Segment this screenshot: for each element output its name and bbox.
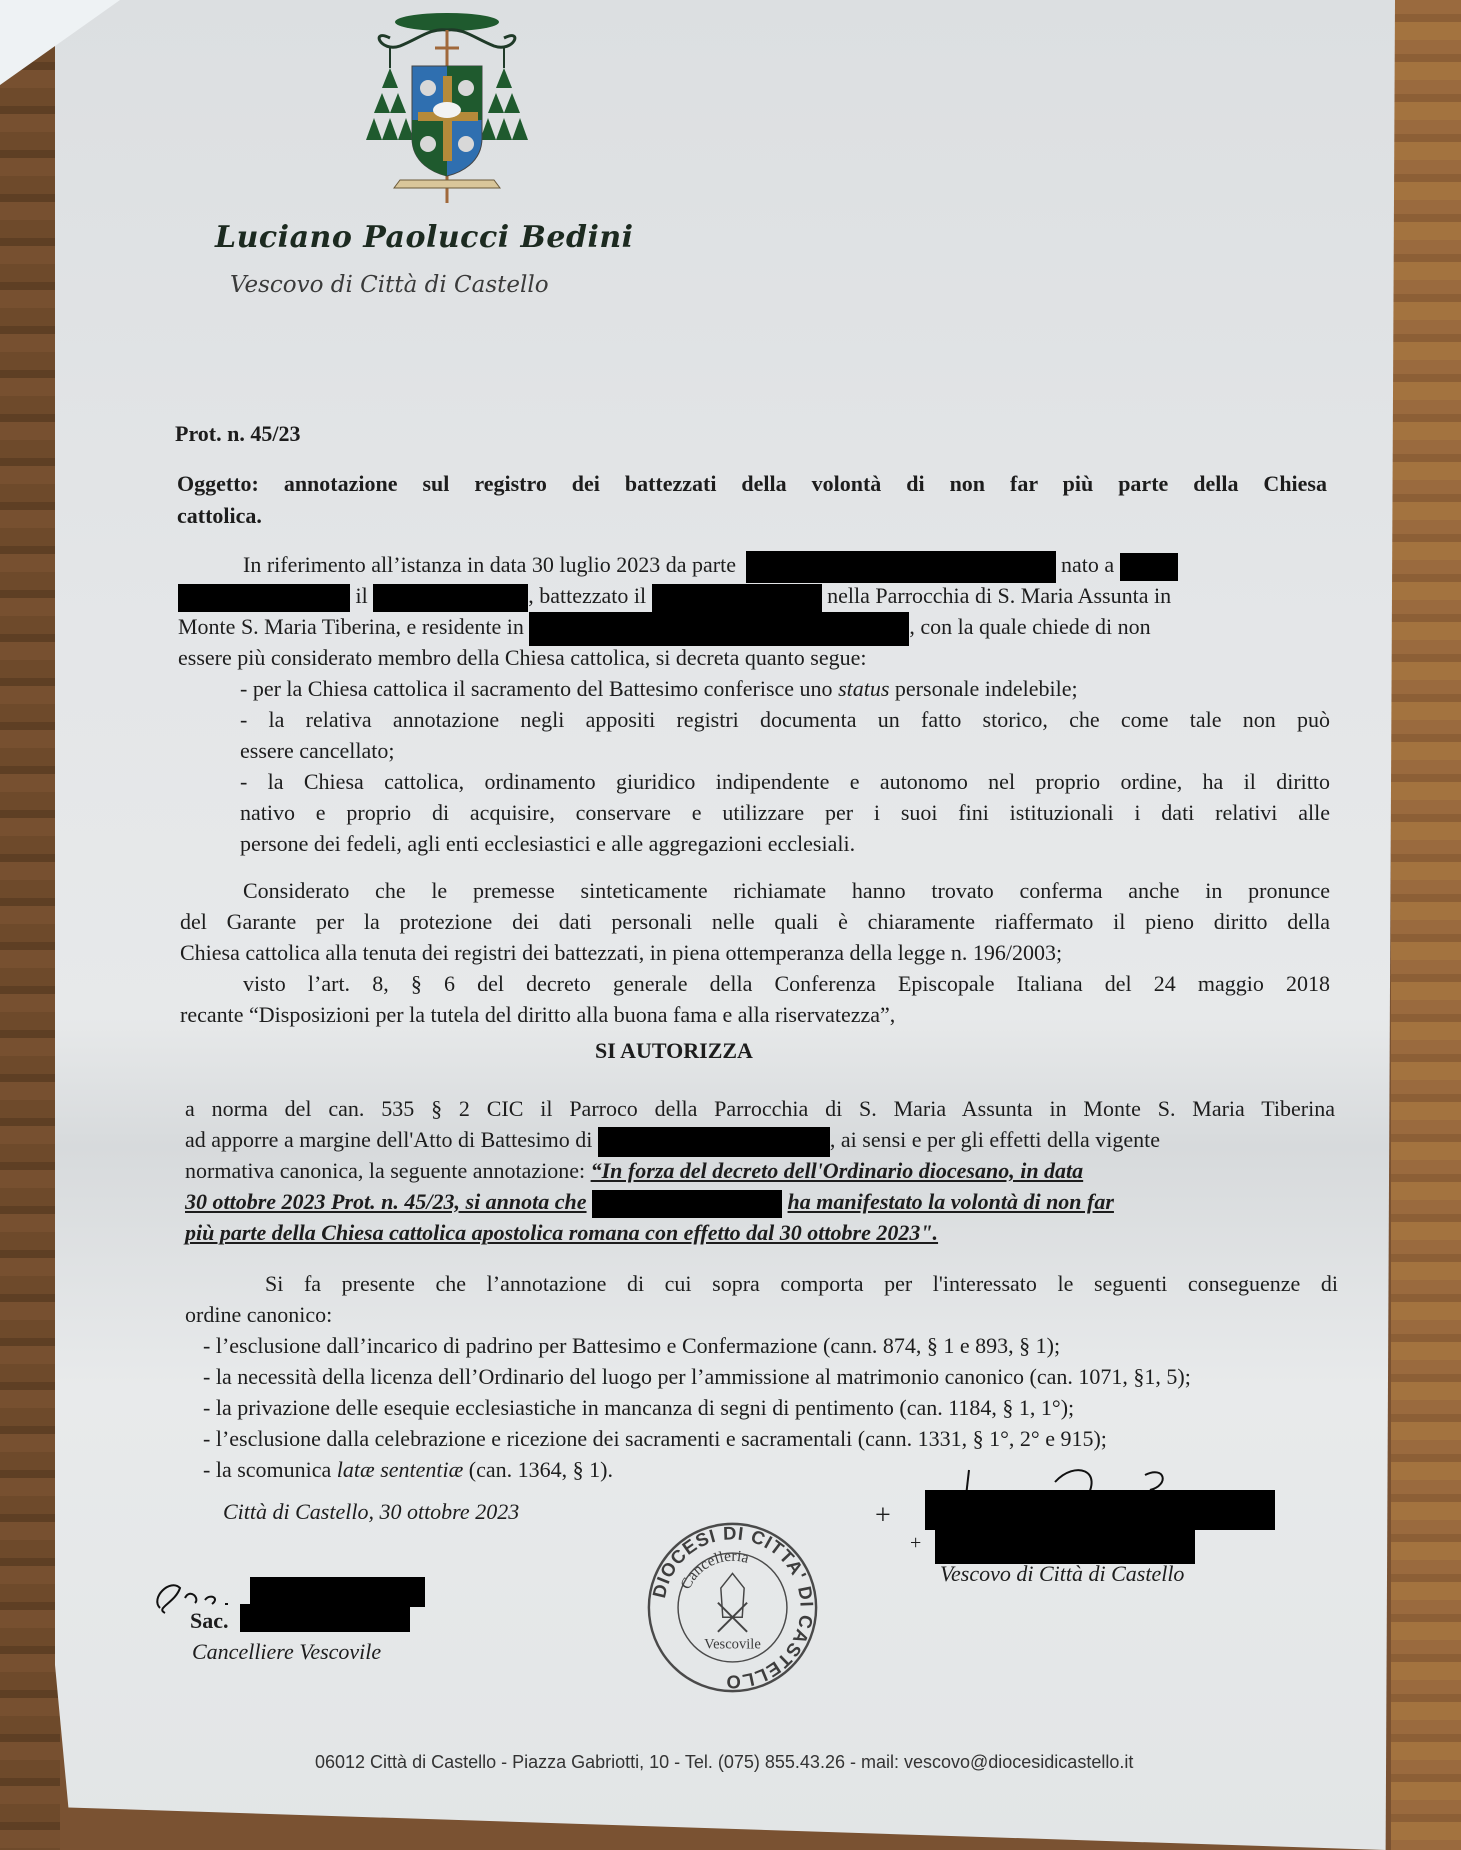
- annotation-quote: ha manifestato la volontà di non far: [788, 1189, 1114, 1214]
- letter-page: Luciano Paolucci Bedini Vescovo di Città…: [55, 0, 1395, 1850]
- intro-line-3: Monte S. Maria Tiberina, e residente in …: [178, 611, 1151, 646]
- intro-text: nella Parrocchia di S. Maria Assunta in: [827, 583, 1171, 608]
- letterhead-footer-address: 06012 Città di Castello - Piazza Gabriot…: [315, 1752, 1133, 1773]
- redacted-chancellor-signature: [250, 1577, 425, 1607]
- redacted-applicant-name: [746, 551, 1056, 583]
- consequence-text: (can. 1364, § 1).: [469, 1457, 613, 1482]
- intro-line-1: In riferimento all’istanza in data 30 lu…: [243, 549, 1178, 583]
- annotation-quote: 30 ottobre 2023 Prot. n. 45/23, si annot…: [185, 1189, 587, 1214]
- intro-text: il: [356, 583, 368, 608]
- redacted-residence: [529, 612, 909, 646]
- decree-point-3-line-2: nativo e proprio di acquisire, conservar…: [240, 797, 1330, 828]
- decree-text-italic: status: [838, 676, 889, 701]
- intro-line-2: il , battezzato il nella Parrocchia di S…: [178, 580, 1171, 612]
- wooden-table-left: [0, 0, 60, 1850]
- visto-line-2: recante “Disposizioni per la tutela del …: [180, 999, 895, 1030]
- redacted-annotated-name: [592, 1190, 782, 1218]
- authorization-text: ad apporre a margine dell'Atto di Battes…: [185, 1127, 592, 1152]
- decree-text: - per la Chiesa cattolica il sacramento …: [240, 676, 833, 701]
- decree-point-3-line-3: persone dei fedeli, agli enti ecclesiast…: [240, 828, 855, 859]
- intro-text: In riferimento all’istanza in data 30 lu…: [243, 552, 736, 577]
- consequence-text: - la scomunica: [203, 1457, 331, 1482]
- bishop-cross-small: +: [910, 1528, 921, 1559]
- consequence-item-last: - la scomunica latæ sententiæ (can. 1364…: [203, 1454, 613, 1485]
- consequence-item: - la necessità della licenza dell’Ordina…: [203, 1361, 1191, 1392]
- bishop-cross: +: [875, 1500, 891, 1531]
- decree-point-2-line-2: essere cancellato;: [240, 735, 395, 766]
- annotation-quote: “In forza del decreto dell'Ordinario dio…: [591, 1158, 1084, 1183]
- considerato-line-3: Chiesa cattolica alla tenuta dei registr…: [180, 937, 1062, 968]
- considerato-line-2: del Garante per la protezione dei dati p…: [180, 906, 1330, 937]
- intro-text: , con la quale chiede di non: [909, 614, 1150, 639]
- redacted-bishop-signature: [925, 1490, 1275, 1530]
- authorization-line-5: più parte della Chiesa cattolica apostol…: [185, 1217, 938, 1248]
- authorization-text: , ai sensi e per gli effetti della vigen…: [830, 1127, 1160, 1152]
- chancellor-prefix: Sac.: [190, 1605, 229, 1636]
- place-date: Città di Castello, 30 ottobre 2023: [223, 1496, 519, 1527]
- wooden-table-right: [1391, 0, 1461, 1850]
- consequence-text-italic: latæ sententiæ: [337, 1457, 464, 1482]
- bishop-name: Luciano Paolucci Bedini: [215, 220, 634, 255]
- episcopal-coat-of-arms-icon: [360, 8, 535, 213]
- redacted-birthplace: [1120, 553, 1178, 581]
- authorization-line-2: ad apporre a margine dell'Atto di Battes…: [185, 1124, 1160, 1157]
- visto-line-1: visto l’art. 8, § 6 del decreto generale…: [243, 968, 1330, 999]
- decree-point-3-line-1: - la Chiesa cattolica, ordinamento giuri…: [240, 766, 1330, 797]
- chancery-seal-stamp-icon: DIOCESI DI CITTA' DI CASTELLO Cancelleri…: [645, 1520, 820, 1695]
- authorization-line-1: a norma del can. 535 § 2 CIC il Parroco …: [185, 1093, 1335, 1124]
- intro-text: , battezzato il: [528, 583, 646, 608]
- redacted-birth-date: [373, 584, 528, 612]
- authorization-line-3: normativa canonica, la seguente annotazi…: [185, 1155, 1083, 1186]
- consequence-item: - l’esclusione dall’incarico di padrino …: [203, 1330, 1060, 1361]
- protocol-number: Prot. n. 45/23: [175, 418, 300, 449]
- bishop-signature-title: Vescovo di Città di Castello: [940, 1558, 1184, 1589]
- consequence-item: - la privazione delle esequie ecclesiast…: [203, 1392, 1074, 1423]
- bishop-title: Vescovo di Città di Castello: [230, 272, 549, 298]
- redacted-baptism-date: [652, 584, 822, 612]
- redacted-baptized-name: [598, 1127, 830, 1157]
- authorization-line-4: 30 ottobre 2023 Prot. n. 45/23, si annot…: [185, 1186, 1114, 1218]
- decree-text: personale indelebile;: [895, 676, 1078, 701]
- redacted-chancellor-name: [240, 1604, 410, 1632]
- decree-point-2-line-1: - la relativa annotazione negli appositi…: [240, 704, 1330, 735]
- authorization-heading: SI AUTORIZZA: [595, 1035, 753, 1066]
- consequences-intro-line-2: ordine canonico:: [185, 1299, 332, 1330]
- intro-text: nato a: [1061, 552, 1114, 577]
- consequence-item: - l’esclusione dalla celebrazione e rice…: [203, 1423, 1107, 1454]
- authorization-text: normativa canonica, la seguente annotazi…: [185, 1158, 585, 1183]
- decree-point-1: - per la Chiesa cattolica il sacramento …: [240, 673, 1078, 704]
- redacted-birthplace-cont: [178, 584, 350, 612]
- consequences-intro-line-1: Si fa presente che l’annotazione di cui …: [265, 1268, 1338, 1299]
- seal-inner-bottom: Vescovile: [704, 1636, 761, 1652]
- chancellor-title: Cancelliere Vescovile: [192, 1636, 381, 1667]
- subject-line-1: Oggetto: annotazione sul registro dei ba…: [177, 468, 1327, 499]
- intro-line-4: essere più considerato membro della Chie…: [178, 642, 866, 673]
- subject-line-2: cattolica.: [177, 500, 262, 531]
- intro-text: Monte S. Maria Tiberina, e residente in: [178, 614, 524, 639]
- considerato-line-1: Considerato che le premesse sinteticamen…: [243, 875, 1330, 906]
